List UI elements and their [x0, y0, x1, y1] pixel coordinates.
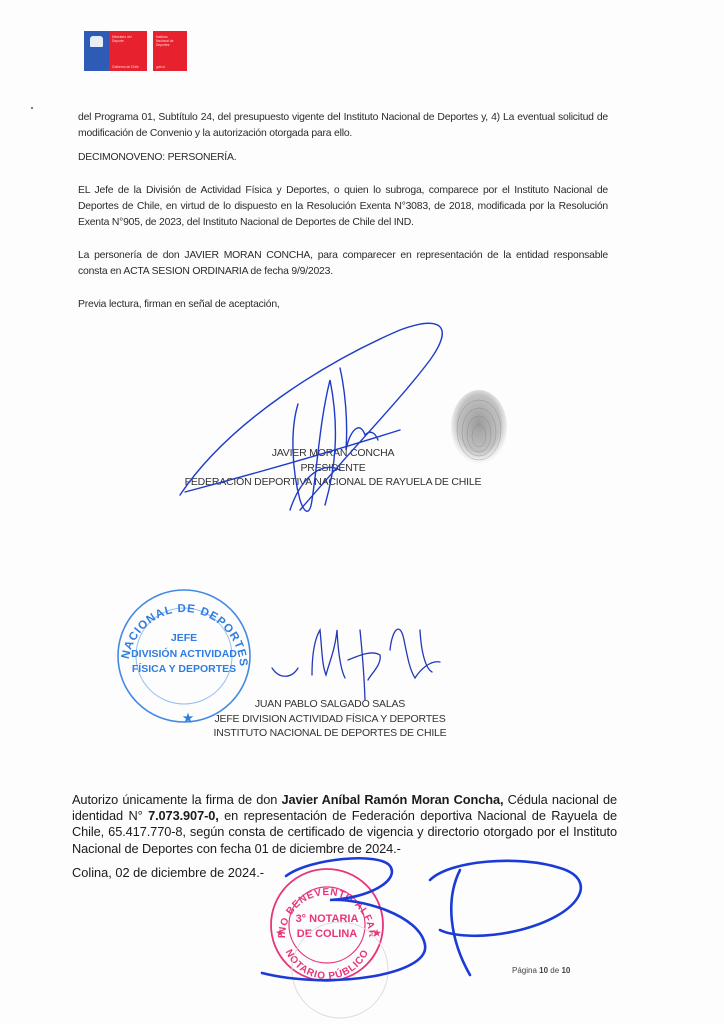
document-page: Ministerio del Deporte Gobierno de Chile…: [0, 0, 724, 1024]
notary-line1: 3° NOTARIA: [296, 913, 359, 925]
page-number: Página 10 de 10: [512, 966, 570, 975]
notary-signature: [262, 858, 581, 980]
logo-ministry-text: Ministerio del Deporte: [112, 35, 131, 43]
scan-speck: [31, 107, 33, 109]
paragraph-previa-lectura: Previa lectura, firman en señal de acept…: [78, 297, 608, 313]
star-icon: ★: [183, 711, 194, 725]
cert-signer-name: Javier Aníbal Ramón Moran Concha,: [282, 792, 504, 807]
logo-government-text: Gobierno de Chile: [112, 65, 139, 69]
page-label: Página: [512, 966, 537, 975]
signatory-name: JUAN PABLO SALGADO SALAS: [200, 697, 460, 712]
institute-logo: Instituto Nacional de Deportes gob.cl: [153, 31, 187, 71]
logo-ministry-line2: Deporte: [112, 39, 124, 43]
ind-stamp-line2: DIVISIÓN ACTIVIDAD: [131, 647, 237, 660]
signature-block-ind: JUAN PABLO SALGADO SALAS JEFE DIVISION A…: [200, 697, 460, 741]
paragraph-personeria: La personería de don JAVIER MORAN CONCHA…: [78, 248, 608, 280]
ind-signature: [272, 629, 440, 700]
star-icon: ★: [373, 928, 382, 938]
notary-ring-bottom: NOTARIO PÚBLICO: [283, 948, 372, 982]
logo-gob-text: gob.cl: [156, 65, 165, 69]
notary-certification-text: Autorizo únicamente la firma de don Javi…: [72, 792, 617, 857]
signature-block-president: JAVIER MORAN CONCHA PRESIDENTE FEDERACIO…: [168, 446, 498, 490]
logo-institute-text: Instituto Nacional de Deportes: [156, 35, 173, 47]
logo-red-panel: Ministerio del Deporte Gobierno de Chile: [109, 31, 147, 71]
signatory-role: JEFE DIVISION ACTIVIDAD FÍSICA Y DEPORTE…: [200, 712, 460, 727]
ind-stamp-ring-text: INSTITUTO NACIONAL DE DEPORTES DE CHILE: [0, 0, 249, 668]
svg-text:INSTITUTO NACIONAL DE DEPORTES: INSTITUTO NACIONAL DE DEPORTES DE CHILE: [0, 0, 249, 668]
embossed-seal: [292, 922, 388, 1018]
page-of: de: [550, 966, 559, 975]
notary-line2: DE COLINA: [297, 928, 358, 940]
section-heading-personeria: DECIMONOVENO: PERSONERÍA.: [78, 150, 608, 166]
government-logo: Ministerio del Deporte Gobierno de Chile…: [84, 31, 187, 71]
page-total: 10: [561, 966, 570, 975]
cert-text-1: Autorizo únicamente la firma de don: [72, 792, 282, 807]
signatory-name: JAVIER MORAN CONCHA: [168, 446, 498, 461]
star-icon: ★: [276, 928, 285, 938]
ind-stamp: INSTITUTO NACIONAL DE DEPORTES DE CHILE …: [0, 0, 250, 725]
ministry-logo: Ministerio del Deporte Gobierno de Chile: [84, 31, 147, 71]
ind-stamp-line1: JEFE: [171, 632, 197, 644]
paragraph-jefe-division: EL Jefe de la División de Actividad Físi…: [78, 183, 608, 231]
signatory-role: PRESIDENTE: [168, 461, 498, 476]
paragraph-program: del Programa 01, Subtítulo 24, del presu…: [78, 110, 608, 142]
place-and-date: Colina, 02 de diciembre de 2024.-: [72, 865, 264, 880]
svg-text:NOTARIO PÚBLICO: NOTARIO PÚBLICO: [283, 948, 372, 982]
signatory-organization: INSTITUTO NACIONAL DE DEPORTES DE CHILE: [200, 726, 460, 741]
signatory-organization: FEDERACION DEPORTIVA NACIONAL DE RAYUELA…: [168, 475, 498, 490]
logo-blue-panel: [84, 31, 109, 71]
chile-crest-icon: [90, 36, 103, 47]
ind-stamp-line3: FÍSICA Y DEPORTES: [132, 662, 236, 675]
cert-id-number: 7.073.907-0,: [148, 808, 219, 823]
page-current: 10: [539, 966, 548, 975]
logo-institute-line3: Deportes: [156, 43, 169, 47]
